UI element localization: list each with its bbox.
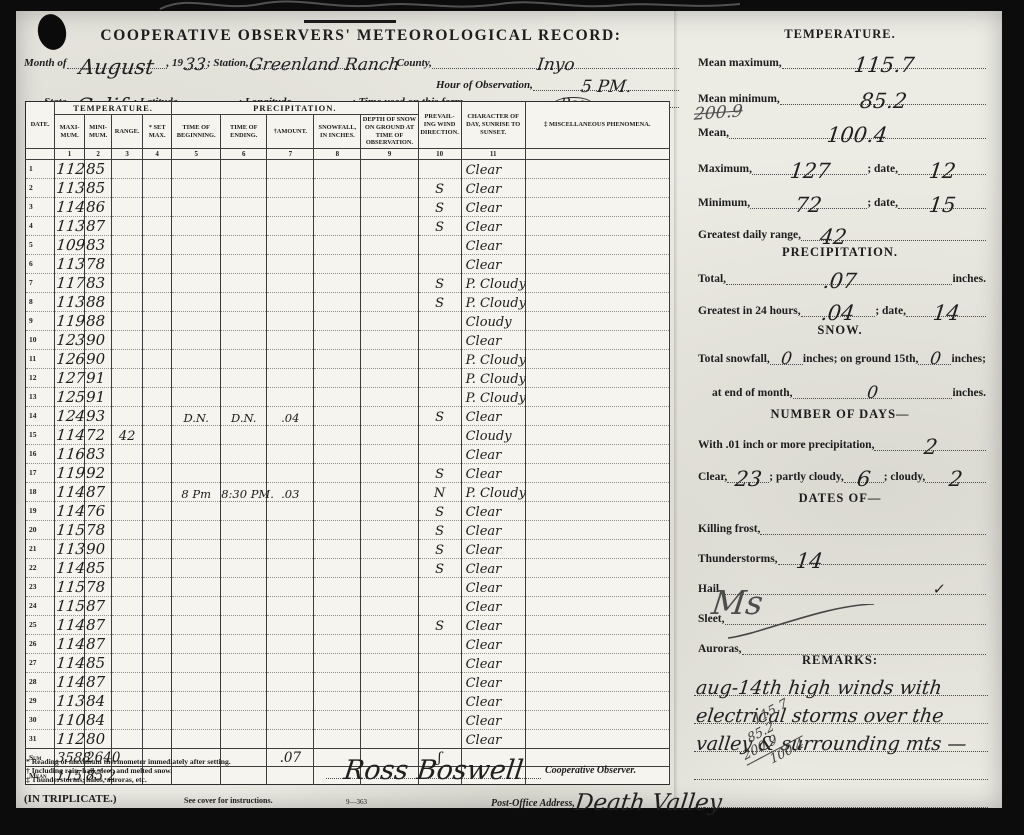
time_end-cell [221, 558, 267, 577]
misc-cell [525, 501, 669, 520]
column-number-11: 11 [461, 148, 525, 159]
date-cell: 8 [26, 292, 55, 311]
time_begin-cell [172, 691, 221, 710]
character-cell: Clear [461, 672, 525, 691]
amount-cell [267, 273, 314, 292]
greatest-range-value: 42 [819, 229, 848, 246]
range-cell [112, 729, 143, 748]
min-cell: 87 [85, 615, 112, 634]
greatest-24h-value: .04 [820, 305, 855, 322]
character-cell: Clear [461, 463, 525, 482]
wind-cell: S [418, 520, 461, 539]
killing-frost-field [760, 519, 986, 535]
observation-row: 1911476SClear [26, 501, 670, 520]
range-cell [112, 254, 143, 273]
date-cell: 4 [26, 216, 55, 235]
observation-row: 3011084Clear [26, 710, 670, 729]
set_max-cell [143, 254, 172, 273]
observation-row: 18114878 Pm8:30 PM..03NP. Cloudy [26, 482, 670, 501]
depth_snow-cell [361, 216, 418, 235]
character-cell: Clear [461, 197, 525, 216]
county-field: Inyo [432, 55, 679, 69]
depth_snow-cell [361, 311, 418, 330]
observation-row: 2311578Clear [26, 577, 670, 596]
character-cell: Clear [461, 729, 525, 748]
character-cell: Clear [461, 330, 525, 349]
column-number-8: 8 [314, 148, 361, 159]
character-cell: P. Cloudy [461, 387, 525, 406]
precip-total-line: Total, .07 inches. [698, 269, 986, 285]
month-station-line: Month of August , 19 33 ; Station, Green… [24, 55, 679, 69]
depth_snow-cell [361, 349, 418, 368]
time_end-cell [221, 672, 267, 691]
maximum-date-label: ; date, [867, 163, 898, 175]
set_max-cell [143, 691, 172, 710]
on-ground-field: 0 [918, 349, 951, 365]
time_end-cell: D.N. [221, 406, 267, 425]
min-cell: 91 [85, 368, 112, 387]
observation-row: 2211485SClear [26, 558, 670, 577]
max-cell: 113 [54, 216, 86, 235]
wind-cell [418, 387, 461, 406]
misc-cell [525, 710, 669, 729]
remarks-rule-line [694, 809, 988, 835]
amount-total-cell: .07 [267, 748, 314, 766]
column-header-wind: PREVAIL-ING WIND DIRECTION. [418, 102, 461, 149]
mean-maximum-field: 115.7 [782, 53, 986, 69]
max-cell: 116 [54, 444, 86, 463]
depth_snow-cell [361, 672, 418, 691]
partly-cloudy-days-field: 6 [844, 467, 884, 483]
form-title: COOPERATIVE OBSERVERS' METEOROLOGICAL RE… [46, 27, 676, 45]
range-cell: 42 [112, 425, 143, 444]
character-cell: Cloudy [461, 311, 525, 330]
time_begin-cell [172, 653, 221, 672]
amount-cell: .04 [267, 406, 314, 425]
snowfall-cell [314, 292, 361, 311]
max-cell: 112 [54, 729, 86, 748]
clear-days-field: 23 [727, 467, 769, 483]
max-cell: 114 [54, 482, 86, 501]
column-number-3: 3 [112, 148, 143, 159]
time_end-cell [221, 311, 267, 330]
range-cell [112, 368, 143, 387]
column-number-4: 4 [143, 148, 172, 159]
set_max-cell [143, 178, 172, 197]
date-cell: 31 [26, 729, 55, 748]
time_begin-cell [172, 634, 221, 653]
range-cell [112, 577, 143, 596]
depth_snow-cell [361, 691, 418, 710]
wind-cell: S [418, 406, 461, 425]
county-value: Inyo [536, 59, 575, 73]
days-precip-line: With .01 inch or more precipitation, 2 [698, 435, 986, 451]
remarks-rule-line [694, 753, 988, 780]
time_begin-cell [172, 216, 221, 235]
set_max-cell [143, 292, 172, 311]
observer-initials-scrawl: Ms [712, 586, 763, 623]
range-cell [112, 178, 143, 197]
range-cell [112, 292, 143, 311]
column-header-date: DATE. [26, 102, 55, 149]
amount-cell [267, 596, 314, 615]
min-cell: 83 [85, 444, 112, 463]
snowfall-cell [314, 577, 361, 596]
time_end-cell [221, 273, 267, 292]
misc-cell [525, 254, 669, 273]
min-cell: 90 [85, 349, 112, 368]
signature-block: Ross Boswell Cooperative Observer. [326, 754, 671, 779]
remarks-text: electrical storms over the [695, 709, 944, 724]
amount-total-cell [267, 766, 314, 784]
greatest-24h-line: Greatest in 24 hours, .04 ; date, 14 [698, 301, 986, 317]
inches-unit: inches. [952, 273, 986, 285]
set_max-cell [143, 159, 172, 178]
range-cell [112, 634, 143, 653]
character-cell: P. Cloudy [461, 292, 525, 311]
date-cell: 10 [26, 330, 55, 349]
group-header-temperature: TEMPERATURE. [55, 102, 172, 115]
time_begin-cell [172, 539, 221, 558]
character-cell: Clear [461, 254, 525, 273]
wind-cell: N [418, 482, 461, 501]
set_max-cell [143, 615, 172, 634]
time_begin-cell [172, 273, 221, 292]
depth_snow-cell [361, 178, 418, 197]
snowfall-cell [314, 178, 361, 197]
scanned-meteorological-record: { "header": { "title": "COOPERATIVE OBSE… [0, 0, 1024, 835]
set_max-cell [143, 273, 172, 292]
month-field: August [67, 55, 167, 69]
inches-dot-unit: inches. [952, 387, 986, 399]
wind-cell: S [418, 615, 461, 634]
thunderstorms-line: Thunderstorms, 14 [698, 549, 986, 565]
snowfall-cell [314, 197, 361, 216]
misc-cell [525, 330, 669, 349]
maximum-date-field: 12 [898, 159, 986, 175]
minimum-date-field: 15 [898, 193, 986, 209]
wind-cell [418, 691, 461, 710]
min-cell: 76 [85, 501, 112, 520]
amount-cell [267, 539, 314, 558]
pen-flourish [726, 604, 876, 644]
max-cell: 124 [54, 406, 86, 425]
observation-row: 1112690P. Cloudy [26, 349, 670, 368]
snowfall-line: Total snowfall, 0 inches; on ground 15th… [698, 349, 986, 365]
time_end-cell [221, 216, 267, 235]
minimum-date-value: 15 [928, 197, 957, 214]
min-cell: 88 [85, 292, 112, 311]
min-cell: 80 [85, 729, 112, 748]
set_max-cell [143, 330, 172, 349]
time_begin-cell: D.N. [172, 406, 221, 425]
column-header-time_begin: TIME OF BEGINNING. [172, 115, 221, 149]
character-cell: Clear [461, 596, 525, 615]
wind-cell [418, 729, 461, 748]
max-cell: 119 [54, 463, 86, 482]
misc-cell [525, 615, 669, 634]
depth_snow-cell [361, 615, 418, 634]
max-cell: 123 [54, 330, 86, 349]
max-cell: 114 [54, 501, 86, 520]
max-cell: 113 [54, 292, 86, 311]
amount-cell [267, 178, 314, 197]
observation-row: 2411587Clear [26, 596, 670, 615]
depth_snow-cell [361, 577, 418, 596]
date-cell: 26 [26, 634, 55, 653]
post-office-label: Post-Office Address, [491, 798, 575, 809]
greatest-24h-field: .04 [801, 301, 876, 317]
set_max-cell [143, 387, 172, 406]
amount-cell [267, 558, 314, 577]
amount-cell [267, 311, 314, 330]
misc-cell [525, 349, 669, 368]
minimum-label: Minimum, [698, 197, 750, 209]
header-row-numbers: 1234567891011 [26, 148, 670, 159]
time_end-cell [221, 463, 267, 482]
time_end-cell [221, 235, 267, 254]
remarks-rule-line [694, 781, 988, 808]
observer-signature: Ross Boswell [343, 760, 525, 782]
greatest-24h-label: Greatest in 24 hours, [698, 305, 801, 317]
amount-cell [267, 691, 314, 710]
time_end-cell [221, 330, 267, 349]
time_end-cell [221, 691, 267, 710]
month-label: Month of [24, 57, 67, 69]
time_end-cell [221, 615, 267, 634]
amount-cell [267, 216, 314, 235]
time_begin-cell [172, 672, 221, 691]
column-number-2: 2 [85, 148, 112, 159]
cutoff-handwriting-decoration [150, 0, 850, 11]
min-cell: 92 [85, 463, 112, 482]
observation-row: 3111280Clear [26, 729, 670, 748]
range-cell [112, 615, 143, 634]
thunderstorms-field: 14 [778, 549, 986, 565]
time_begin-cell [172, 520, 221, 539]
observation-row: 711783SP. Cloudy [26, 273, 670, 292]
snowfall-cell [314, 501, 361, 520]
remarks-text: aug-14th high winds with [695, 681, 943, 696]
max-cell: 115 [54, 520, 86, 539]
hour-label: Hour of Observation, [436, 79, 533, 91]
set_max-cell [143, 235, 172, 254]
footnotes: * Reading of maximum thermometer immedia… [26, 758, 231, 785]
range-cell [112, 672, 143, 691]
maximum-label: Maximum, [698, 163, 752, 175]
observation-row: 211385SClear [26, 178, 670, 197]
crossed-out-sum: 200.9 [694, 105, 744, 122]
wind-cell [418, 349, 461, 368]
station-label: ; Station, [207, 57, 249, 69]
date-cell: 16 [26, 444, 55, 463]
days-precip-label: With .01 inch or more precipitation, [698, 439, 874, 451]
misc-cell [525, 159, 669, 178]
amount-cell [267, 292, 314, 311]
date-cell: 1 [26, 159, 55, 178]
depth_snow-cell [361, 197, 418, 216]
max-cell: 115 [54, 577, 86, 596]
set_max-cell [143, 672, 172, 691]
amount-cell [267, 368, 314, 387]
time_end-cell [221, 349, 267, 368]
greatest-range-line: Greatest daily range, 42 [698, 225, 986, 241]
minimum-date-label: ; date, [867, 197, 898, 209]
mean-maximum-label: Mean maximum, [698, 57, 782, 69]
time_begin-cell [172, 349, 221, 368]
amount-cell [267, 444, 314, 463]
amount-cell [267, 501, 314, 520]
set_max-cell [143, 197, 172, 216]
clear-days-label: Clear, [698, 471, 727, 483]
hour-value: 5 PM. [580, 81, 632, 95]
range-cell [112, 387, 143, 406]
observation-row: 1012390Clear [26, 330, 670, 349]
date-cell: 12 [26, 368, 55, 387]
wind-cell [418, 596, 461, 615]
date-cell: 5 [26, 235, 55, 254]
amount-cell [267, 349, 314, 368]
date-cell: 23 [26, 577, 55, 596]
range-cell [112, 710, 143, 729]
greatest-24h-date-field: 14 [906, 301, 986, 317]
snowfall-value: 0 [780, 353, 792, 367]
month-value: August [78, 59, 155, 76]
max-cell: 127 [54, 368, 86, 387]
min-cell: 85 [85, 178, 112, 197]
observation-row: 2011578SClear [26, 520, 670, 539]
date-cell: 29 [26, 691, 55, 710]
character-cell: Clear [461, 634, 525, 653]
date-cell: 27 [26, 653, 55, 672]
min-cell: 84 [85, 710, 112, 729]
date-cell: 20 [26, 520, 55, 539]
character-cell: Clear [461, 406, 525, 425]
precipitation-heading: PRECIPITATION. [684, 245, 996, 260]
temperature-heading: TEMPERATURE. [684, 27, 996, 42]
maximum-date-value: 12 [928, 163, 957, 180]
depth_snow-cell [361, 235, 418, 254]
daily-record-section: COOPERATIVE OBSERVERS' METEOROLOGICAL RE… [16, 11, 684, 808]
observation-row: 911988Cloudy [26, 311, 670, 330]
snowfall-cell [314, 406, 361, 425]
min-cell: 90 [85, 539, 112, 558]
snowfall-cell [314, 520, 361, 539]
character-cell: Clear [461, 710, 525, 729]
max-cell: 113 [54, 691, 86, 710]
max-cell: 113 [54, 178, 86, 197]
on-ground-label: inches; on ground 15th, [803, 353, 918, 365]
column-header-set_max: * SET MAX. [143, 115, 172, 149]
set_max-cell [143, 425, 172, 444]
precip-total-label: Total, [698, 273, 726, 285]
snowfall-cell [314, 216, 361, 235]
misc-cell [525, 387, 669, 406]
remarks-rule-line: valley & surrounding mts — [694, 725, 988, 752]
misc-cell [525, 368, 669, 387]
time_end-cell [221, 197, 267, 216]
hail-checkmark: ✓ [933, 583, 947, 595]
wind-cell: S [418, 292, 461, 311]
observer-label: Cooperative Observer. [545, 765, 636, 776]
max-cell: 113 [54, 254, 86, 273]
misc-cell [525, 558, 669, 577]
mean-line: Mean, 100.4 [698, 123, 986, 139]
days-precip-value: 2 [923, 439, 938, 456]
character-cell: Clear [461, 216, 525, 235]
clear-days-value: 23 [734, 471, 763, 488]
column-number-blank [525, 148, 669, 159]
greatest-24h-date-value: 14 [932, 305, 961, 322]
time_end-cell [221, 520, 267, 539]
time_begin-cell [172, 292, 221, 311]
time_begin-cell [172, 235, 221, 254]
wind-cell [418, 710, 461, 729]
observation-row: 111285Clear [26, 159, 670, 178]
partly-cloudy-days-value: 6 [856, 471, 871, 488]
number-of-days-heading: NUMBER OF DAYS— [684, 407, 996, 422]
character-cell: Clear [461, 159, 525, 178]
time_end-cell [221, 178, 267, 197]
character-cell: Clear [461, 691, 525, 710]
time_begin-cell [172, 197, 221, 216]
min-cell: 84 [85, 691, 112, 710]
range-cell [112, 235, 143, 254]
column-header-snowfall: SNOWFALL, IN INCHES. [314, 115, 361, 149]
date-cell: 3 [26, 197, 55, 216]
misc-cell [525, 482, 669, 501]
max-cell: 112 [54, 159, 86, 178]
range-cell [112, 463, 143, 482]
misc-cell [525, 292, 669, 311]
column-number-10: 10 [418, 148, 461, 159]
date-cell: 18 [26, 482, 55, 501]
amount-cell [267, 577, 314, 596]
inches-semi-unit: inches; [951, 353, 986, 365]
misc-cell [525, 406, 669, 425]
wind-cell [418, 311, 461, 330]
days-character-line: Clear, 23 ; partly cloudy, 6 ; cloudy, 2 [698, 467, 986, 483]
character-cell: Clear [461, 558, 525, 577]
range-cell [112, 653, 143, 672]
amount-cell [267, 159, 314, 178]
misc-cell [525, 463, 669, 482]
depth_snow-cell [361, 710, 418, 729]
misc-cell [525, 672, 669, 691]
mean-maximum-value: 115.7 [853, 57, 915, 74]
range-cell [112, 596, 143, 615]
character-cell: P. Cloudy [461, 273, 525, 292]
snowfall-cell [314, 463, 361, 482]
column-number-7: 7 [267, 148, 314, 159]
snowfall-cell [314, 653, 361, 672]
character-cell: P. Cloudy [461, 482, 525, 501]
wind-cell: S [418, 178, 461, 197]
range-cell [112, 216, 143, 235]
date-cell: 9 [26, 311, 55, 330]
depth_snow-cell [361, 463, 418, 482]
set_max-cell [143, 577, 172, 596]
snowfall-cell [314, 273, 361, 292]
misc-cell [525, 729, 669, 748]
hour-line: Hour of Observation, 5 PM. [436, 77, 679, 91]
column-header-max: MAXI-MUM. [55, 115, 85, 149]
misc-cell [525, 311, 669, 330]
column-header-time_end: TIME OF ENDING. [221, 115, 267, 149]
cloudy-days-field: 2 [925, 467, 986, 483]
set_max-cell [143, 463, 172, 482]
max-cell: 114 [54, 634, 86, 653]
